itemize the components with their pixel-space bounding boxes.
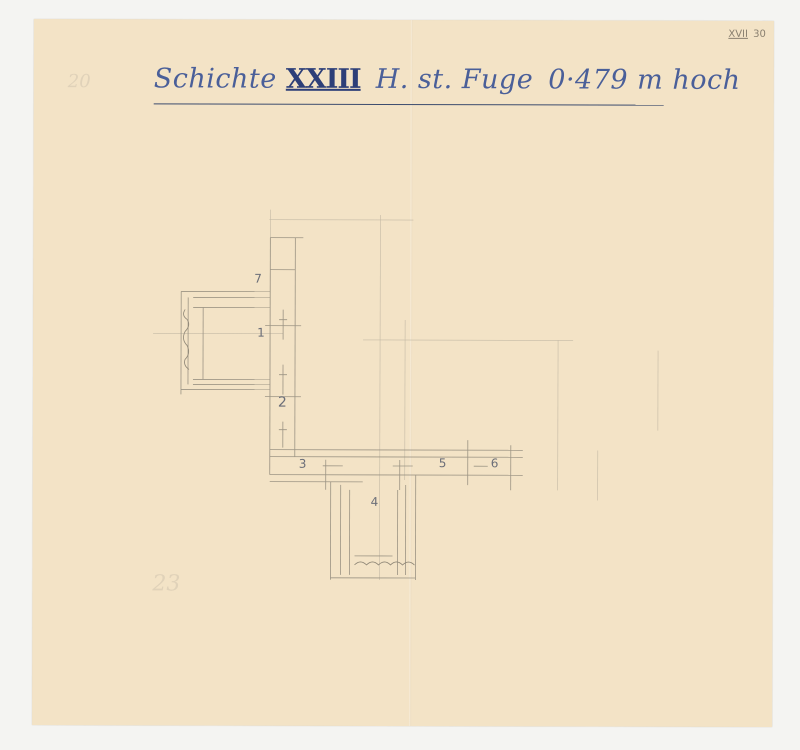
block-label-1: 1: [257, 326, 265, 340]
plan-drawing: [32, 19, 774, 727]
block-label-6: 6: [491, 456, 499, 470]
block-label-2: 2: [278, 395, 287, 411]
block-label-3: 3: [299, 457, 307, 471]
block-label-5: 5: [439, 456, 447, 470]
block-label-4: 4: [371, 495, 379, 509]
block-label-7: 7: [254, 272, 262, 286]
paper-sheet: XVII 30 20 23 Schichte XXIII H. st. Fuge…: [32, 19, 774, 727]
